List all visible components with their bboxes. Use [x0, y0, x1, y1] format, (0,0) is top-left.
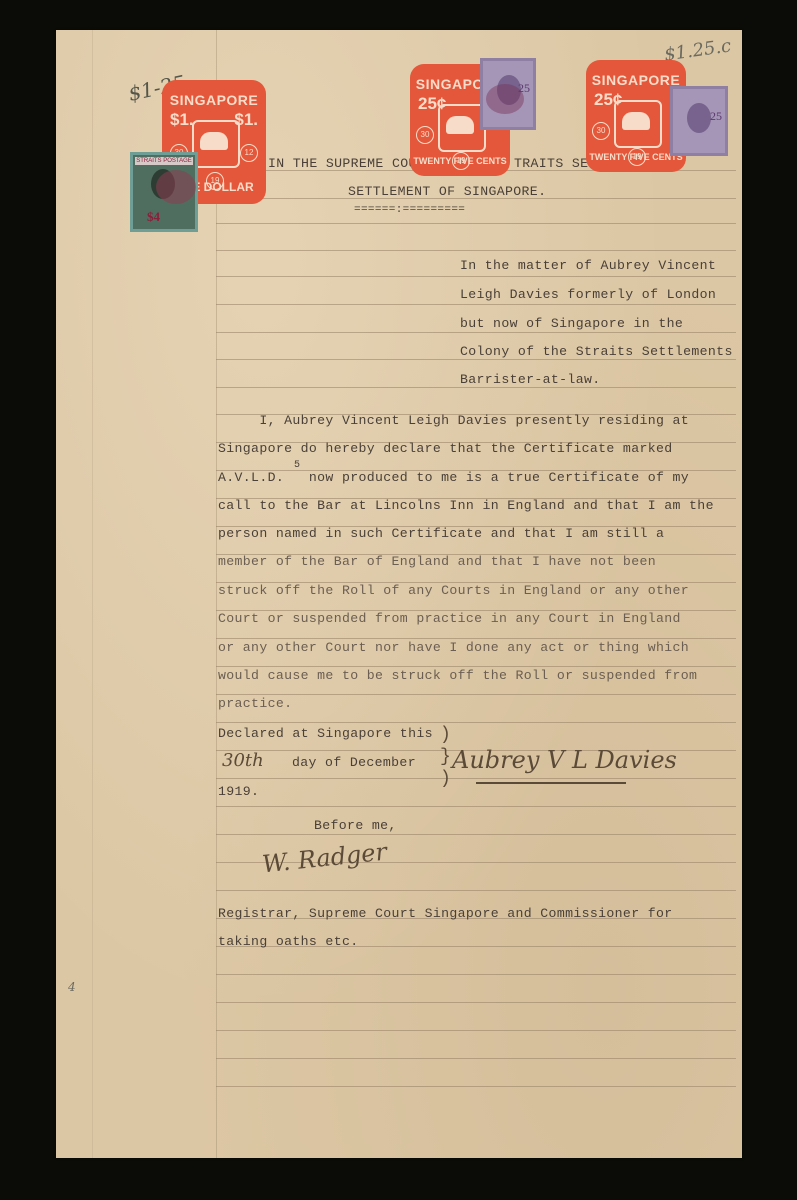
court-header-line1: IN THE SUPREME COU [268, 156, 417, 171]
document-paper: $1-25 $1.25.c 4 IN THE SUPREME COU TRAIT… [56, 30, 742, 1158]
stamp-label: STRAITS POSTAGE [135, 157, 193, 165]
ruled-line [216, 223, 736, 224]
day-of-month-line: day of December [292, 755, 416, 770]
cancellation-mark [486, 84, 524, 114]
ruled-line [216, 304, 736, 305]
registrar-signature: W. Radger [261, 838, 388, 879]
ruled-line [216, 694, 736, 695]
ruled-line [216, 666, 736, 667]
superscript-mark: 5 [294, 460, 300, 471]
stamp-circle-number: 12 [240, 144, 258, 162]
matter-line: but now of Singapore in the [460, 316, 683, 331]
year-line: 1919. [218, 784, 259, 799]
stamp-value: 25 [710, 109, 722, 124]
court-header-line2: SETTLEMENT OF SINGAPORE. [348, 184, 546, 199]
body-line: I, Aubrey Vincent Leigh Davies presently… [218, 413, 689, 428]
body-line: A.V.L.D. now produced to me is a true Ce… [218, 470, 689, 485]
body-line: or any other Court nor have I done any a… [218, 640, 689, 655]
stamp-circle-number: 30 [592, 122, 610, 140]
matter-line: Colony of the Straits Settlements [460, 344, 733, 359]
twenty-five-cents-revenue-adhesive-2: 25 [670, 86, 728, 156]
signature-underline [476, 782, 626, 784]
ruled-line [216, 1058, 736, 1059]
registrar-title-line: taking oaths etc. [218, 934, 358, 949]
body-line: Court or suspended from practice in any … [218, 611, 681, 626]
registrar-title-line: Registrar, Supreme Court Singapore and C… [218, 906, 673, 921]
ruled-line [216, 332, 736, 333]
ruled-line [216, 722, 736, 723]
header-divider: ======:========= [354, 204, 465, 216]
ruled-line [216, 276, 736, 277]
brace-icon: )}) [440, 724, 451, 790]
ruled-line [216, 638, 736, 639]
ruled-line [216, 250, 736, 251]
ruled-line [216, 834, 736, 835]
body-line: person named in such Certificate and tha… [218, 526, 664, 541]
ruled-line [216, 974, 736, 975]
crown-icon [200, 132, 228, 150]
matter-line: Barrister-at-law. [460, 372, 600, 387]
ruled-line [216, 1002, 736, 1003]
matter-line: Leigh Davies formerly of London [460, 287, 716, 302]
king-portrait-icon [687, 103, 711, 133]
stamp-value: $4 [147, 209, 160, 225]
body-line: Singapore do hereby declare that the Cer… [218, 441, 673, 456]
ruled-line [216, 1086, 736, 1087]
crown-icon [622, 112, 650, 130]
body-line: member of the Bar of England and that I … [218, 554, 656, 569]
left-margin-rule [92, 30, 93, 1158]
body-line: struck off the Roll of any Courts in Eng… [218, 583, 689, 598]
declarant-signature: Aubrey V L Davies [452, 746, 677, 774]
stamp-value: $1. [170, 110, 194, 130]
day-handwritten: 30th [222, 750, 264, 771]
cancellation-mark [156, 170, 196, 204]
ruled-line [216, 778, 736, 779]
ruled-line [216, 890, 736, 891]
declared-at-line: Declared at Singapore this [218, 726, 433, 741]
before-me-label: Before me, [314, 818, 397, 833]
stamp-circle-number: 30 [416, 126, 434, 144]
body-line: practice. [218, 696, 292, 711]
stamp-label: SINGAPORE [162, 92, 266, 108]
margin-mark: 4 [68, 980, 76, 994]
body-line: would cause me to be struck off the Roll… [218, 668, 697, 683]
ruled-line [216, 387, 736, 388]
matter-line: In the matter of Aubrey Vincent [460, 258, 716, 273]
crown-icon [446, 116, 474, 134]
ruled-line [216, 806, 736, 807]
ruled-line [216, 359, 736, 360]
stamp-label: TWENTY FIVE CENTS [410, 156, 510, 166]
ruled-line [216, 1030, 736, 1031]
body-line: call to the Bar at Lincolns Inn in Engla… [218, 498, 714, 513]
